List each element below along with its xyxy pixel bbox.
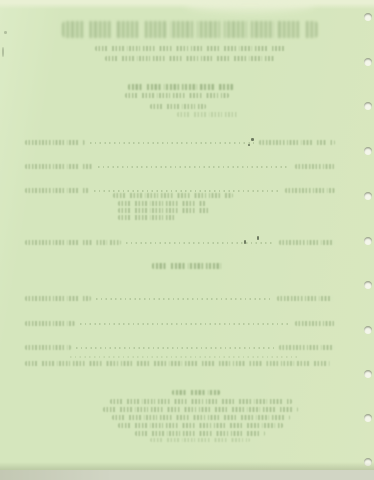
ink-speck-3 xyxy=(257,236,259,240)
footer-paragraph-line-5-ghost xyxy=(135,431,265,436)
form-line-4 xyxy=(25,238,335,245)
footer-paragraph-line-1-ghost xyxy=(110,399,292,404)
form-line-3 xyxy=(25,186,335,193)
form-line-6-left-label-ghost xyxy=(25,321,75,326)
scanner-background-strip xyxy=(0,470,374,480)
section-heading-ghost xyxy=(152,263,224,269)
form-line-5 xyxy=(25,294,335,301)
form-line-1-right-label-ghost xyxy=(259,140,335,145)
punch-hole xyxy=(364,237,372,245)
form-line-7-right-label-ghost xyxy=(279,345,335,350)
form-line-2-dotted-leader xyxy=(98,166,290,168)
footer-paragraph-line-2-ghost xyxy=(103,407,298,412)
form-line-3-right-label-ghost xyxy=(285,188,335,193)
punch-hole xyxy=(364,370,372,378)
indented-option-line-4-ghost xyxy=(118,215,176,220)
footer-paragraph-line-3-ghost xyxy=(112,415,290,420)
form-heading-line-3-ghost xyxy=(150,104,206,109)
form-heading-line-2-ghost xyxy=(125,93,229,98)
full-width-text-line-ghost xyxy=(25,361,331,366)
form-line-6 xyxy=(25,319,335,326)
scanned-page xyxy=(0,0,374,480)
form-line-2-left-label-ghost xyxy=(25,164,93,169)
indented-option-line-3-ghost xyxy=(118,208,210,213)
indented-option-line-1-ghost xyxy=(113,193,233,198)
form-line-4-left-label-ghost xyxy=(25,240,121,245)
indented-option-line-2-ghost xyxy=(118,201,206,206)
form-line-7-dotted-leader xyxy=(76,347,274,349)
punch-hole xyxy=(364,414,372,422)
form-line-2-right-label-ghost xyxy=(295,164,335,169)
punch-hole xyxy=(364,326,372,334)
form-line-5-left-label-ghost xyxy=(25,296,91,301)
punch-hole xyxy=(364,281,372,289)
punch-hole xyxy=(364,58,372,66)
form-line-1-left-label-ghost xyxy=(25,140,85,145)
letterhead-address-line-2-ghost xyxy=(105,56,275,61)
form-line-6-right-label-ghost xyxy=(295,321,335,326)
form-line-3-left-label-ghost xyxy=(25,188,89,193)
form-heading-line-4-ghost xyxy=(177,112,239,117)
edge-scratch xyxy=(2,47,4,57)
form-line-6-dotted-leader xyxy=(80,323,290,325)
punch-hole xyxy=(364,192,372,200)
form-heading-line-1-ghost xyxy=(128,84,234,90)
form-line-2 xyxy=(25,162,335,169)
page-top-edge-wave xyxy=(185,0,315,12)
punch-hole xyxy=(364,102,372,110)
footer-paragraph-line-6-ghost xyxy=(150,438,250,442)
ink-speck-5 xyxy=(4,31,7,34)
form-line-1 xyxy=(25,138,335,145)
form-line-7-left-label-ghost xyxy=(25,345,71,350)
form-line-5-right-label-ghost xyxy=(277,296,335,301)
footer-heading-ghost xyxy=(172,390,220,395)
form-line-8 xyxy=(70,352,300,359)
form-line-1-dotted-leader xyxy=(90,142,254,144)
letterhead-address-line-1-ghost xyxy=(95,46,285,51)
form-line-3-dotted-leader xyxy=(94,190,280,192)
ink-speck-4 xyxy=(244,240,246,244)
form-line-4-dotted-leader xyxy=(126,242,274,244)
punch-hole xyxy=(364,13,372,21)
ink-speck-1 xyxy=(251,138,254,141)
form-line-7 xyxy=(25,343,335,350)
form-line-4-right-label-ghost xyxy=(279,240,335,245)
page-bottom-shadow xyxy=(0,462,374,470)
form-line-8-dotted-leader xyxy=(70,356,300,358)
footer-paragraph-line-4-ghost xyxy=(118,423,283,428)
ink-speck-2 xyxy=(248,144,250,146)
letterhead-title-ghost xyxy=(62,21,318,38)
punch-hole xyxy=(364,147,372,155)
form-line-5-dotted-leader xyxy=(96,298,272,300)
